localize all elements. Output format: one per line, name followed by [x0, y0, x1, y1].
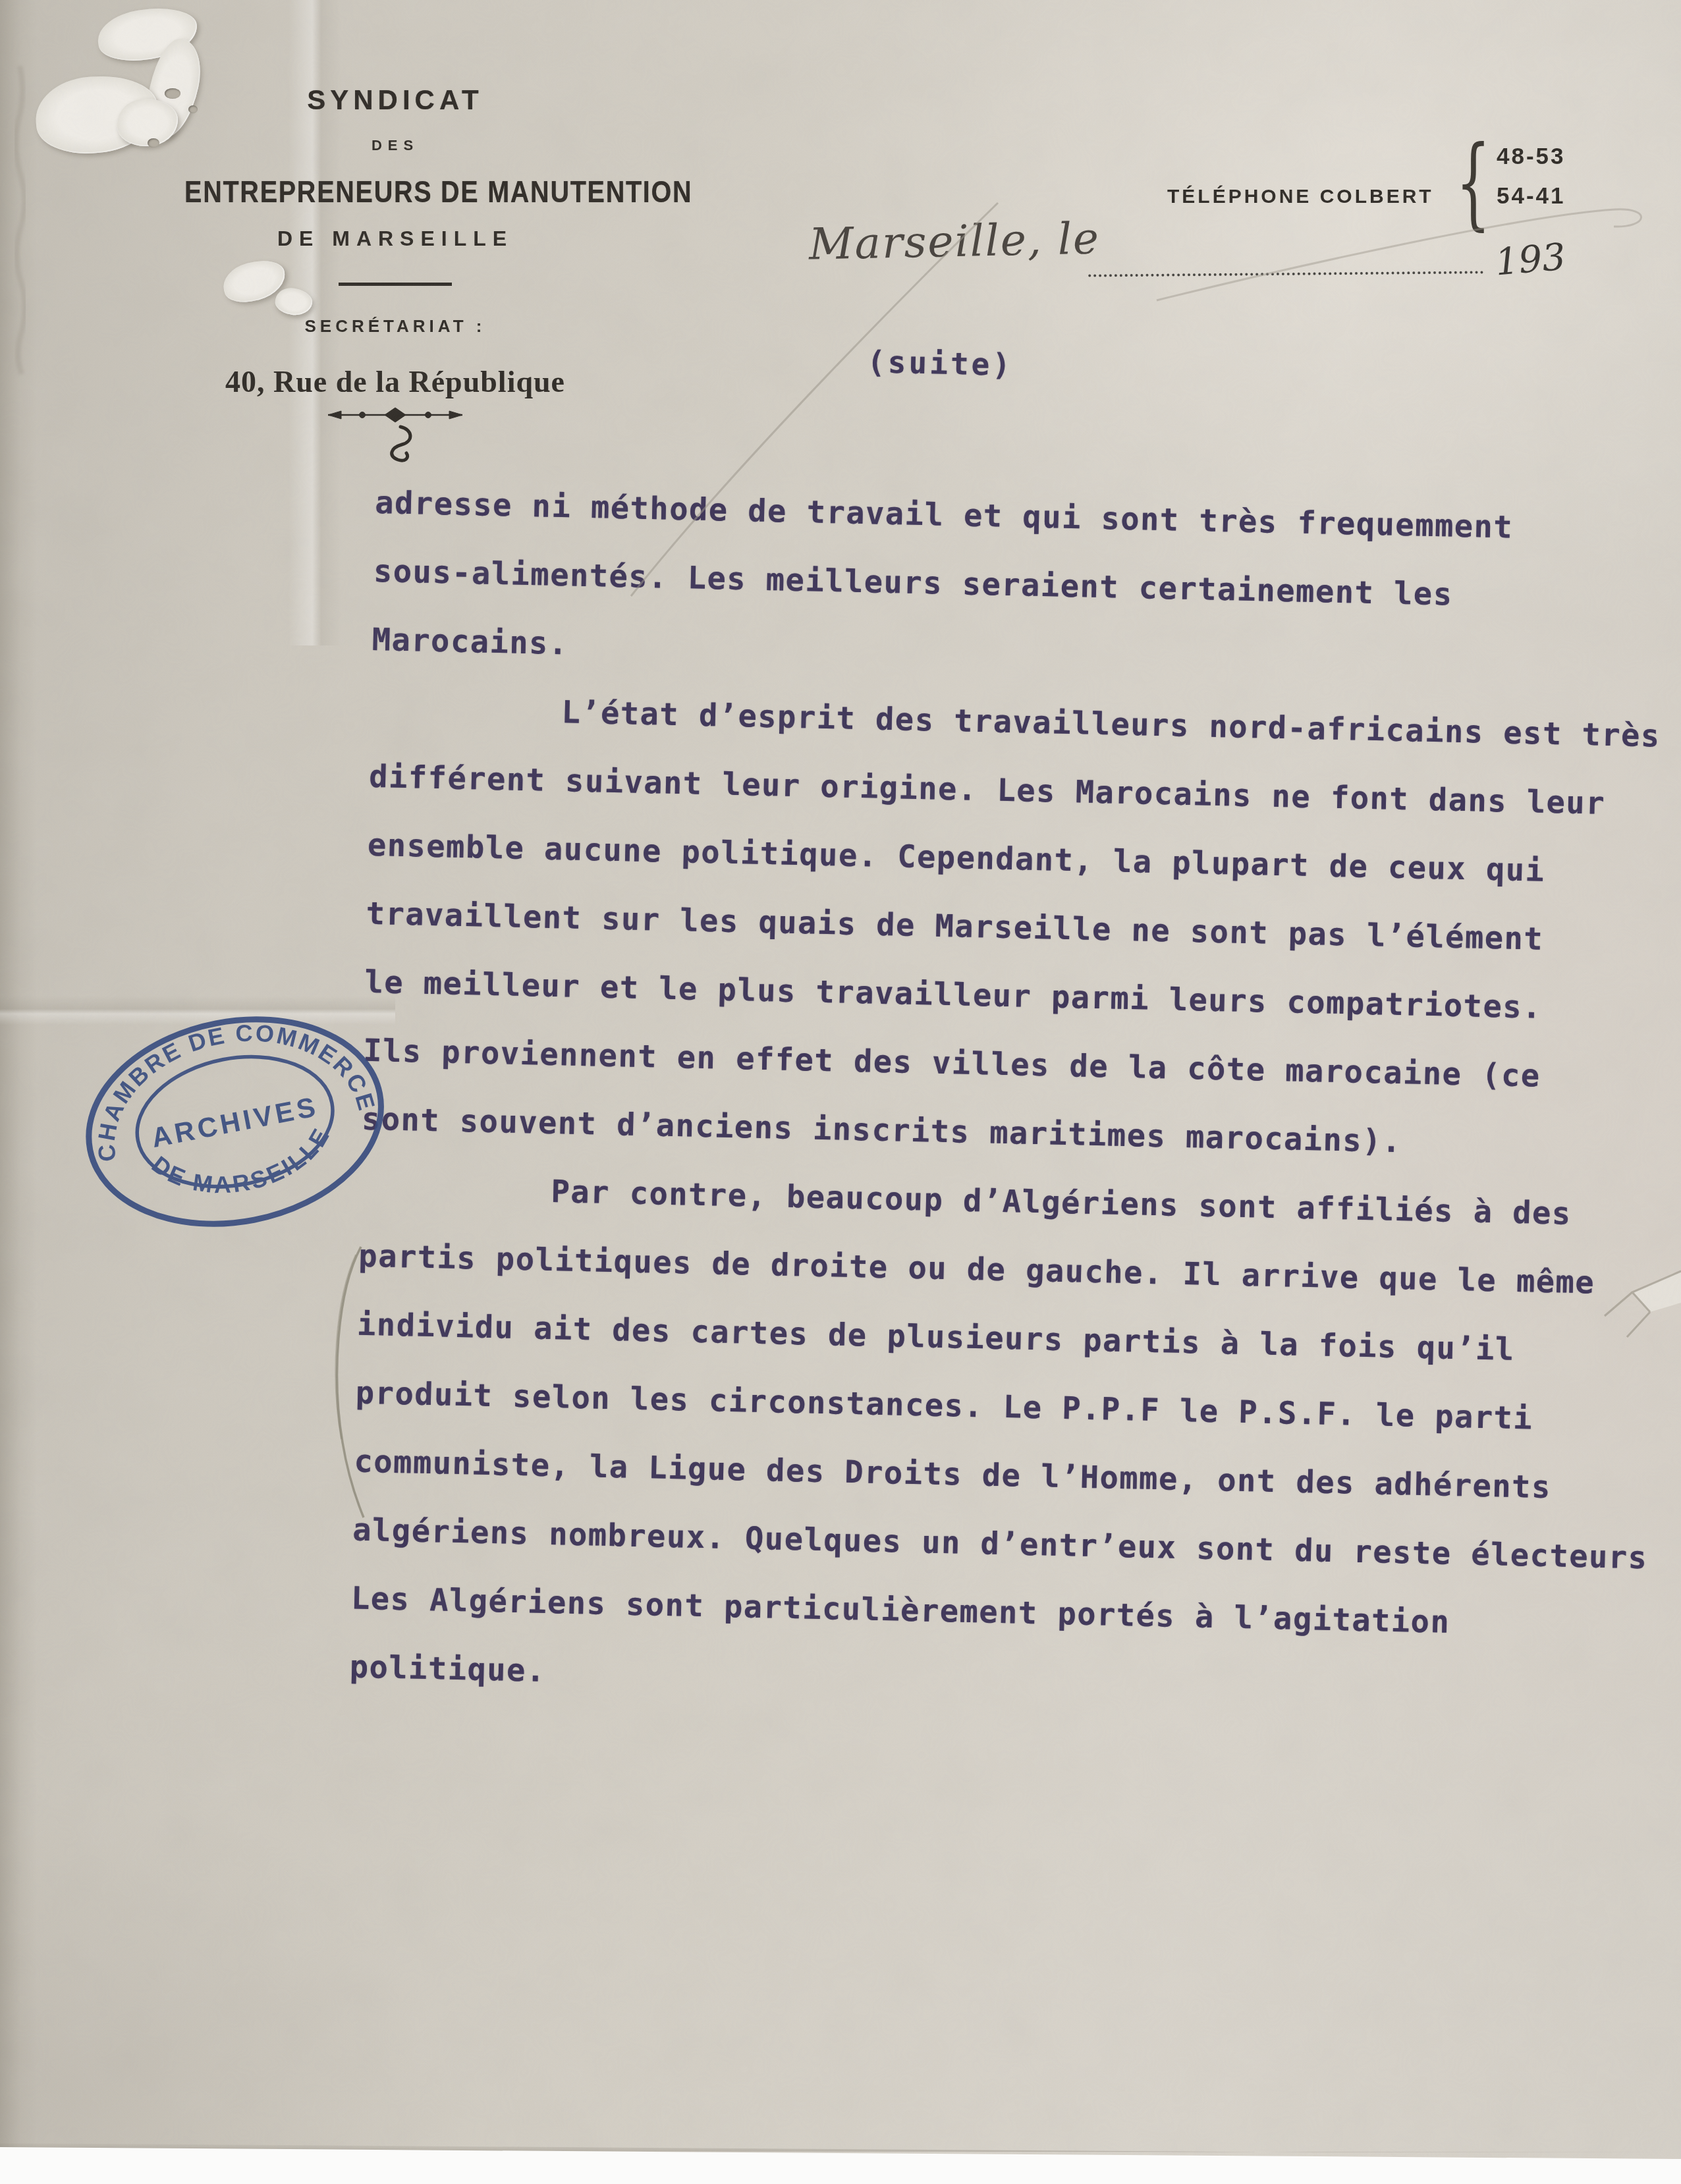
letterhead-divider — [339, 283, 452, 286]
brace-glyph: { — [1456, 124, 1491, 240]
printed-city-script: Marseille, le — [808, 213, 1100, 269]
typed-paragraph: L’état d’esprit des travailleurs nord-af… — [361, 674, 1678, 1182]
pencil-margin-bracket — [335, 1255, 356, 1439]
phone-block: TÉLÉPHONE COLBERT { 48-53 54-41 — [1167, 165, 1641, 310]
phone-number-2: 54-41 — [1497, 183, 1566, 209]
date-dotted-rule — [1088, 239, 1483, 277]
phone-number-1: 48-53 — [1497, 144, 1566, 170]
typed-paragraph: adresse ni méthode de travail et qui son… — [372, 469, 1681, 703]
phone-label: TÉLÉPHONE COLBERT — [1167, 186, 1434, 208]
scan-edge-shadow — [0, 0, 37, 2184]
org-name-line1: SYNDICAT — [150, 84, 640, 116]
scanner-background-strip — [0, 2137, 1681, 2184]
archives-stamp: CHAMBRE DE COMMERCE ARCHIVES DE MARSEILL… — [63, 987, 408, 1259]
org-name-line3: ENTREPRENEURS DE MANUTENTION — [184, 174, 606, 209]
printed-year-prefix: 193 — [1493, 235, 1567, 284]
scanned-letter-page: SYNDICAT DES ENTREPRENEURS DE MANUTENTIO… — [0, 0, 1681, 2184]
typed-layer: (suite) adresse ni méthode de travail et… — [349, 333, 1681, 1730]
typed-paragraph: Par contre, beaucoup d’Algériens sont af… — [349, 1154, 1668, 1730]
letter-body: adresse ni méthode de travail et qui son… — [349, 469, 1681, 1730]
suite-heading: (suite) — [867, 344, 1014, 383]
org-name-line2: DES — [150, 137, 640, 154]
org-name-line4: DE MARSEILLE — [150, 227, 640, 251]
stamp-center-text: ARCHIVES — [149, 1091, 321, 1153]
